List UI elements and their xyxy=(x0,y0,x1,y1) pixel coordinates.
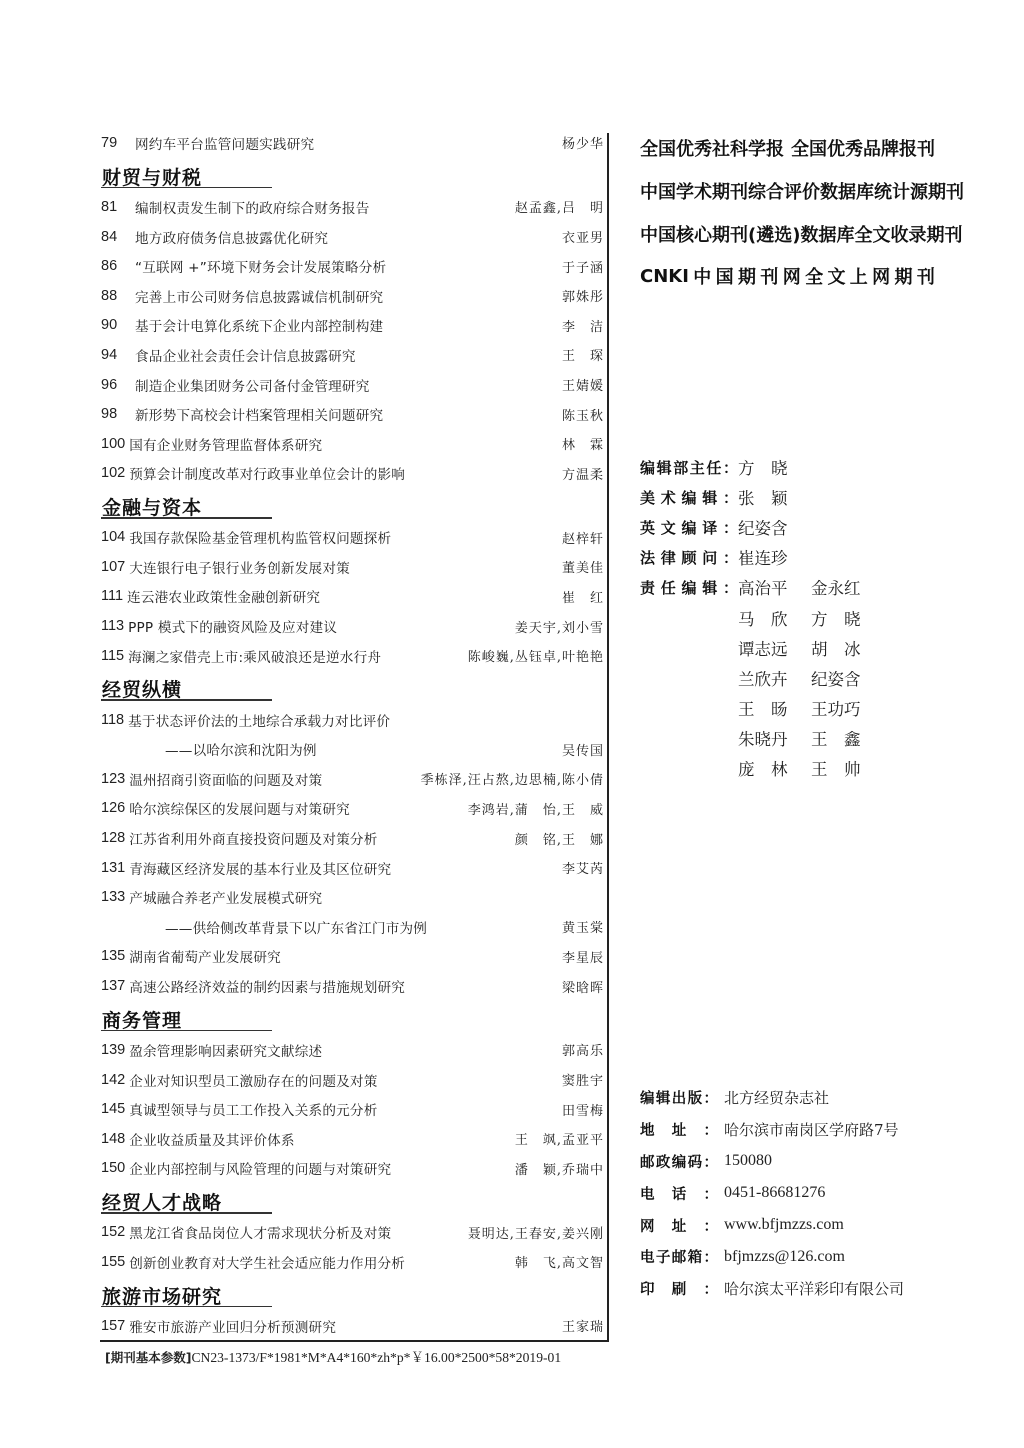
article-author: 李星辰 xyxy=(562,947,604,966)
staff-name: 王 帅 xyxy=(811,756,884,780)
article-title: 预算会计制度改革对行政事业单位会计的影响 xyxy=(129,463,405,483)
staff-row: 王 旸王功巧 xyxy=(640,693,884,723)
info-value: www.bfjmzzs.com xyxy=(724,1216,844,1234)
section-title: 金融与资本 xyxy=(102,493,202,520)
label-char: 部 xyxy=(673,457,688,478)
section-title: 商务管理 xyxy=(102,1006,182,1033)
honor-char: CNKI xyxy=(640,266,689,287)
label-char: 编 xyxy=(681,577,696,598)
honor-brand-journal: 全国优秀品牌报刊 xyxy=(791,135,935,161)
article-title: 基于状态评价法的土地综合承载力对比评价 xyxy=(128,710,390,730)
article-title: 真诚型领导与员工工作投入关系的元分析 xyxy=(129,1099,377,1119)
article-title: “互联网 +”环境下财务会计发展策略分析 xyxy=(135,256,386,276)
label-char: 编 xyxy=(640,457,655,478)
label-char: 子 xyxy=(656,1246,671,1267)
label-colon: ： xyxy=(723,547,738,568)
info-value: 哈尔滨市南岗区学府路7号 xyxy=(724,1119,899,1140)
honor-char: 上 xyxy=(850,263,868,289)
page-number: 152 xyxy=(101,1224,125,1240)
page-number: 102 xyxy=(101,465,125,481)
staff-name: 谭志远 xyxy=(738,636,811,660)
info-label: 邮政编码： xyxy=(640,1151,718,1172)
section-underline xyxy=(101,1306,272,1307)
toc-entry: 79网约车平台监管问题实践研究杨少华 xyxy=(101,128,606,158)
toc-entry: 104我国存款保险基金管理机构监管权问题探析赵梓轩 xyxy=(101,523,606,553)
publisher-info: 编辑出版：北方经贸杂志社地址：哈尔滨市南岗区学府路7号邮政编码：150080电话… xyxy=(640,1082,904,1305)
staff-name: 方 晓 xyxy=(738,455,811,479)
article-title: 编制权责发生制下的政府综合财务报告 xyxy=(135,197,370,217)
staff-name: 王功巧 xyxy=(811,696,884,720)
page-number: 131 xyxy=(101,860,125,876)
label-colon: ： xyxy=(723,487,738,508)
page-number: 128 xyxy=(101,830,125,846)
label-char: 刷 xyxy=(672,1278,687,1299)
label-char: 地 xyxy=(640,1119,655,1140)
article-author: 李鸿岩,蒲 怡,王 威 xyxy=(468,799,604,818)
honor-char: 刊 xyxy=(760,263,778,289)
toc-entry-subtitle: ——以哈尔滨和沈阳为例吴传国 xyxy=(101,734,606,764)
article-author: 姜天宇,刘小雪 xyxy=(515,617,604,636)
article-subtitle: ——供给侧改革背景下以广东省江门市为例 xyxy=(101,917,427,937)
toc-entry: 100国有企业财务管理监督体系研究林 霖 xyxy=(101,429,606,459)
label-char: 辑 xyxy=(657,457,672,478)
article-author: 梁晗晖 xyxy=(562,977,604,996)
toc-entry: 128江苏省利用外商直接投资问题及对策分析颜 铭,王 娜 xyxy=(101,823,606,853)
staff-role-label: 法律顾问： xyxy=(640,547,738,568)
toc-entry: 94食品企业社会责任会计信息披露研究王 琛 xyxy=(101,340,606,370)
info-row: 编辑出版：北方经贸杂志社 xyxy=(640,1082,904,1114)
section-underline xyxy=(101,1030,272,1031)
honor-char: 期 xyxy=(738,263,756,289)
article-author: 杨少华 xyxy=(562,133,604,152)
toc-entry: 102预算会计制度改革对行政事业单位会计的影响方温柔 xyxy=(101,459,606,489)
toc-entry: 86“互联网 +”环境下财务会计发展策略分析于子涵 xyxy=(101,251,606,281)
label-colon: ： xyxy=(704,1183,719,1204)
page-number: 133 xyxy=(101,889,125,905)
staff-role-label: 责任编辑： xyxy=(640,577,738,598)
footer-rule xyxy=(100,1340,609,1342)
article-author: 窦胜宇 xyxy=(562,1070,604,1089)
page-number: 86 xyxy=(101,258,135,274)
info-value: bfjmzzs@126.com xyxy=(724,1248,845,1266)
staff-row: 庞 林王 帅 xyxy=(640,753,884,783)
staff-name: 胡 冰 xyxy=(811,636,884,660)
article-title: 网约车平台监管问题实践研究 xyxy=(135,133,314,153)
staff-name: 庞 林 xyxy=(738,756,811,780)
article-title: 食品企业社会责任会计信息披露研究 xyxy=(135,345,356,365)
article-title: 我国存款保险基金管理机构监管权问题探析 xyxy=(129,527,391,547)
staff-names: 朱晓丹王 鑫 xyxy=(738,726,884,750)
section-title: 经贸纵横 xyxy=(102,675,182,702)
info-row: 电话：0451-86681276 xyxy=(640,1177,904,1209)
page-number: 96 xyxy=(101,377,135,393)
label-char: 法 xyxy=(640,547,655,568)
page-number: 113 xyxy=(101,618,124,634)
article-author: 董美佳 xyxy=(562,557,604,576)
label-char: 邮 xyxy=(640,1151,655,1172)
page-number: 98 xyxy=(101,406,135,422)
section-header: 经贸人才战略 xyxy=(101,1183,606,1217)
info-value: 北方经贸杂志社 xyxy=(724,1087,829,1108)
label-char: 顾 xyxy=(681,547,696,568)
staff-names: 马 欣方 晓 xyxy=(738,606,884,630)
page-number: 155 xyxy=(101,1254,125,1270)
article-title: 青海藏区经济发展的基本行业及其区位研究 xyxy=(129,858,391,878)
article-title: 完善上市公司财务信息披露诚信机制研究 xyxy=(135,286,383,306)
toc-entry: 123温州招商引资面临的问题及对策季栋泽,汪占熬,边思楠,陈小倩 xyxy=(101,764,606,794)
page-number: 88 xyxy=(101,288,135,304)
staff-name: 金永红 xyxy=(811,575,884,599)
section-header: 旅游市场研究 xyxy=(101,1277,606,1311)
label-colon: ： xyxy=(704,1151,719,1172)
section-title: 经贸人才战略 xyxy=(102,1188,222,1215)
toc-entry: 118基于状态评价法的土地综合承载力对比评价 xyxy=(101,705,606,735)
article-author: 季栋泽,汪占熬,边思楠,陈小倩 xyxy=(421,769,604,788)
staff-names: 张 颖 xyxy=(738,485,811,509)
page-number: 118 xyxy=(101,712,124,728)
label-char: 任 xyxy=(706,457,721,478)
section-title: 财贸与财税 xyxy=(102,163,202,190)
page-number: 150 xyxy=(101,1160,125,1176)
honor-char: 期 xyxy=(895,263,913,289)
label-char: 邮 xyxy=(672,1246,687,1267)
label-char: 辑 xyxy=(702,577,717,598)
article-title: 企业收益质量及其评价体系 xyxy=(129,1129,295,1149)
staff-names: 王 旸王功巧 xyxy=(738,696,884,720)
staff-names: 兰欣卉纪姿含 xyxy=(738,666,884,690)
label-char: 印 xyxy=(640,1278,655,1299)
toc-entry: 126哈尔滨综保区的发展问题与对策研究李鸿岩,蒲 怡,王 威 xyxy=(101,794,606,824)
info-row: 电子邮箱：bfjmzzs@126.com xyxy=(640,1241,904,1273)
page-number: 157 xyxy=(101,1318,125,1334)
toc-entry: 150企业内部控制与风险管理的问题与对策研究潘 颖,乔瑞中 xyxy=(101,1154,606,1184)
staff-name: 高治平 xyxy=(738,575,811,599)
label-char: 码 xyxy=(688,1151,703,1172)
label-char: 电 xyxy=(640,1183,655,1204)
label-char: 术 xyxy=(661,487,676,508)
page-number: 84 xyxy=(101,229,135,245)
label-colon: ： xyxy=(723,517,738,538)
staff-row: 美术编辑：张 颖 xyxy=(640,482,884,512)
honor-char: 网 xyxy=(872,263,890,289)
article-title: 温州招商引资面临的问题及对策 xyxy=(129,769,322,789)
params-value: CN23-1373/F*1981*M*A4*160*zh*p*￥16.00*25… xyxy=(191,1350,561,1365)
toc-entry: 137高速公路经济效益的制约因素与措施规划研究梁晗晖 xyxy=(101,971,606,1001)
table-of-contents: 79网约车平台监管问题实践研究杨少华财贸与财税81编制权责发生制下的政府综合财务… xyxy=(101,128,606,1341)
label-char: 问 xyxy=(702,547,717,568)
article-title: 湖南省葡萄产业发展研究 xyxy=(129,946,281,966)
article-author: 王家瑞 xyxy=(562,1316,604,1335)
column-divider xyxy=(607,133,609,1342)
label-colon: ： xyxy=(704,1119,719,1140)
toc-entry: 88完善上市公司财务信息披露诚信机制研究郭姝彤 xyxy=(101,281,606,311)
article-subtitle: ——以哈尔滨和沈阳为例 xyxy=(101,739,317,759)
section-title: 旅游市场研究 xyxy=(102,1282,222,1309)
section-header: 财贸与财税 xyxy=(101,158,606,192)
label-char: 英 xyxy=(640,517,655,538)
staff-row: 朱晓丹王 鑫 xyxy=(640,723,884,753)
toc-entry: 148企业收益质量及其评价体系王 飒,孟亚平 xyxy=(101,1124,606,1154)
honor-char: 网 xyxy=(783,263,801,289)
label-char: 出 xyxy=(672,1087,687,1108)
info-value: 0451-86681276 xyxy=(724,1184,825,1202)
toc-entry: 96制造企业集团财务公司备付金管理研究王婧媛 xyxy=(101,370,606,400)
honor-line-3: 中国核心期刊(遴选)数据库全文收录期刊 xyxy=(640,212,935,255)
toc-entry: 142企业对知识型员工激励存在的问题及对策窦胜宇 xyxy=(101,1065,606,1095)
article-author: 赵孟鑫,吕 明 xyxy=(515,197,604,216)
article-title: 创新创业教育对大学生社会适应能力作用分析 xyxy=(129,1252,405,1272)
article-author: 李 洁 xyxy=(562,316,604,335)
label-char: 编 xyxy=(640,1087,655,1108)
article-title: 雅安市旅游产业回归分析预测研究 xyxy=(129,1316,336,1336)
staff-row: 谭志远胡 冰 xyxy=(640,633,884,663)
info-label: 印刷： xyxy=(640,1278,718,1299)
staff-name: 纪姿含 xyxy=(811,666,884,690)
page-number: 139 xyxy=(101,1042,125,1058)
label-colon: ： xyxy=(704,1215,719,1236)
article-author: 韩 飞,高文智 xyxy=(515,1252,604,1271)
section-underline xyxy=(101,1212,272,1213)
toc-entry: 152黑龙江省食品岗位人才需求现状分析及对策聂明达,王春安,姜兴刚 xyxy=(101,1218,606,1248)
page-number: 94 xyxy=(101,347,135,363)
page-number: 100 xyxy=(101,436,125,452)
article-title: 高速公路经济效益的制约因素与措施规划研究 xyxy=(129,976,405,996)
honor-char: 全 xyxy=(805,263,823,289)
page-number: 137 xyxy=(101,978,125,994)
article-title: 新形势下高校会计档案管理相关问题研究 xyxy=(135,404,383,424)
toc-entry: 139盈余管理影响因素研究文献综述郭高乐 xyxy=(101,1035,606,1065)
page-number: 81 xyxy=(101,199,135,215)
article-author: 王 琛 xyxy=(562,345,604,364)
info-row: 网址：www.bfjmzzs.com xyxy=(640,1209,904,1241)
staff-name: 朱晓丹 xyxy=(738,726,811,750)
staff-row: 马 欣方 晓 xyxy=(640,602,884,632)
page-number: 123 xyxy=(101,771,125,787)
staff-names: 高治平金永红 xyxy=(738,575,884,599)
article-author: 衣亚男 xyxy=(562,227,604,246)
label-char: 文 xyxy=(661,517,676,538)
staff-role-label: 英文编译： xyxy=(640,517,738,538)
info-label: 电话： xyxy=(640,1183,718,1204)
article-author: 颜 铭,王 娜 xyxy=(515,829,604,848)
staff-row: 英文编译：纪姿含 xyxy=(640,512,884,542)
article-author: 王 飒,孟亚平 xyxy=(515,1129,604,1148)
label-char: 主 xyxy=(690,457,705,478)
toc-entry: 113PPP 模式下的融资风险及应对建议姜天宇,刘小雪 xyxy=(101,611,606,641)
toc-entry: 98新形势下高校会计档案管理相关问题研究陈玉秋 xyxy=(101,399,606,429)
article-author: 吴传国 xyxy=(562,740,604,759)
staff-row: 责任编辑：高治平金永红 xyxy=(640,572,884,602)
page-number: 79 xyxy=(101,135,135,151)
journal-contents-page: 79网约车平台监管问题实践研究杨少华财贸与财税81编制权责发生制下的政府综合财务… xyxy=(0,0,1024,1448)
staff-row: 编辑部主任：方 晓 xyxy=(640,452,884,482)
label-char: 编 xyxy=(681,487,696,508)
info-value: 150080 xyxy=(724,1152,772,1170)
toc-entry: 84地方政府债务信息披露优化研究衣亚男 xyxy=(101,222,606,252)
toc-entry: 157雅安市旅游产业回归分析预测研究王家瑞 xyxy=(101,1311,606,1341)
page-number: 148 xyxy=(101,1131,125,1147)
article-author: 潘 颖,乔瑞中 xyxy=(515,1159,604,1178)
label-char: 政 xyxy=(656,1151,671,1172)
section-header: 商务管理 xyxy=(101,1001,606,1035)
staff-name: 纪姿含 xyxy=(738,515,811,539)
toc-entry: 115海澜之家借壳上市:乘风破浪还是逆水行舟陈峻巍,丛钰卓,叶艳艳 xyxy=(101,641,606,671)
article-author: 王婧媛 xyxy=(562,375,604,394)
toc-entry: 133产城融合养老产业发展模式研究 xyxy=(101,882,606,912)
article-title: PPP 模式下的融资风险及应对建议 xyxy=(128,616,337,636)
info-label: 电子邮箱： xyxy=(640,1246,718,1267)
label-colon: ： xyxy=(723,577,738,598)
article-author: 郭姝彤 xyxy=(562,286,604,305)
honor-line-1: 全国优秀社科学报 全国优秀品牌报刊 xyxy=(640,127,935,170)
toc-entry: 90基于会计电算化系统下企业内部控制构建李 洁 xyxy=(101,311,606,341)
staff-name: 兰欣卉 xyxy=(738,666,811,690)
label-char: 箱 xyxy=(688,1246,703,1267)
article-title: 盈余管理影响因素研究文献综述 xyxy=(129,1040,322,1060)
toc-entry: 155创新创业教育对大学生社会适应能力作用分析韩 飞,高文智 xyxy=(101,1247,606,1277)
page-number: 107 xyxy=(101,559,125,575)
article-title: 制造企业集团财务公司备付金管理研究 xyxy=(135,375,370,395)
honor-line-2: 中国学术期刊综合评价数据库统计源期刊 xyxy=(640,170,935,213)
info-value: 哈尔滨太平洋彩印有限公司 xyxy=(724,1278,904,1299)
staff-name: 王 鑫 xyxy=(811,726,884,750)
article-author: 田雪梅 xyxy=(562,1100,604,1119)
toc-entry-subtitle: ——供给侧改革背景下以广东省江门市为例黄玉棠 xyxy=(101,912,606,942)
label-char: 辑 xyxy=(656,1087,671,1108)
toc-entry: 81编制权责发生制下的政府综合财务报告赵孟鑫,吕 明 xyxy=(101,192,606,222)
page-number: 126 xyxy=(101,800,125,816)
section-header: 金融与资本 xyxy=(101,488,606,522)
label-char: 址 xyxy=(672,1215,687,1236)
label-char: 网 xyxy=(640,1215,655,1236)
label-colon: ： xyxy=(704,1087,719,1108)
staff-role-label: 美术编辑： xyxy=(640,487,738,508)
article-title: 企业内部控制与风险管理的问题与对策研究 xyxy=(129,1158,391,1178)
honor-social-science: 全国优秀社科学报 xyxy=(640,135,784,161)
page-number: 104 xyxy=(101,529,125,545)
article-title: 海澜之家借壳上市:乘风破浪还是逆水行舟 xyxy=(128,646,381,666)
staff-name: 王 旸 xyxy=(738,696,811,720)
article-title: 企业对知识型员工激励存在的问题及对策 xyxy=(129,1070,377,1090)
label-char: 任 xyxy=(661,577,676,598)
page-number: 115 xyxy=(101,648,124,664)
staff-names: 方 晓 xyxy=(738,455,811,479)
label-char: 律 xyxy=(661,547,676,568)
staff-names: 谭志远胡 冰 xyxy=(738,636,884,660)
page-number: 135 xyxy=(101,948,125,964)
article-title: 连云港农业政策性金融创新研究 xyxy=(127,586,320,606)
article-author: 崔 红 xyxy=(562,587,604,606)
label-char: 责 xyxy=(640,577,655,598)
article-author: 赵梓轩 xyxy=(562,528,604,547)
page-number: 90 xyxy=(101,317,135,333)
section-underline xyxy=(101,699,272,700)
staff-role-label: 编辑部主任： xyxy=(640,457,738,478)
staff-names: 庞 林王 帅 xyxy=(738,756,884,780)
page-number: 142 xyxy=(101,1072,125,1088)
article-author: 李艾芮 xyxy=(562,858,604,877)
staff-row: 兰欣卉纪姿含 xyxy=(640,663,884,693)
label-char: 编 xyxy=(681,517,696,538)
honor-char: 刊 xyxy=(917,263,935,289)
staff-names: 崔连珍 xyxy=(738,545,811,569)
toc-entry: 145 真诚型领导与员工工作投入关系的元分析田雪梅 xyxy=(101,1094,606,1124)
staff-name: 方 晓 xyxy=(811,606,884,630)
staff-name: 张 颖 xyxy=(738,485,811,509)
staff-row: 法律顾问：崔连珍 xyxy=(640,542,884,572)
label-char: 址 xyxy=(672,1119,687,1140)
article-author: 于子涵 xyxy=(562,257,604,276)
info-row: 邮政编码：150080 xyxy=(640,1146,904,1178)
info-label: 网址： xyxy=(640,1215,718,1236)
info-row: 地址：哈尔滨市南岗区学府路7号 xyxy=(640,1114,904,1146)
label-colon: ： xyxy=(704,1246,719,1267)
toc-entry: 131青海藏区经济发展的基本行业及其区位研究李艾芮 xyxy=(101,853,606,883)
label-char: 编 xyxy=(672,1151,687,1172)
label-char: 辑 xyxy=(702,487,717,508)
staff-names: 纪姿含 xyxy=(738,515,811,539)
article-author: 陈峻巍,丛钰卓,叶艳艳 xyxy=(468,646,604,665)
article-title: 国有企业财务管理监督体系研究 xyxy=(129,434,322,454)
article-title: 黑龙江省食品岗位人才需求现状分析及对策 xyxy=(129,1222,391,1242)
journal-honors: 全国优秀社科学报 全国优秀品牌报刊 中国学术期刊综合评价数据库统计源期刊 中国核… xyxy=(640,127,935,298)
info-label: 地址： xyxy=(640,1119,718,1140)
journal-parameters: [期刊基本参数]CN23-1373/F*1981*M*A4*160*zh*p*￥… xyxy=(105,1346,561,1366)
article-title: 哈尔滨综保区的发展问题与对策研究 xyxy=(129,798,350,818)
article-author: 聂明达,王春安,姜兴刚 xyxy=(468,1223,604,1242)
params-label: [期刊基本参数] xyxy=(105,1350,191,1365)
staff-name: 马 欣 xyxy=(738,606,811,630)
section-underline xyxy=(101,517,272,518)
section-underline xyxy=(101,187,272,188)
section-header: 经贸纵横 xyxy=(101,670,606,704)
toc-entry: 107大连银行电子银行业务创新发展对策董美佳 xyxy=(101,552,606,582)
toc-entry: 111连云港农业政策性金融创新研究崔 红 xyxy=(101,582,606,612)
article-author: 林 霖 xyxy=(562,434,604,453)
honor-line-4: CNKI中国期刊网全文上网期刊 xyxy=(640,255,935,298)
page-number: 111 xyxy=(101,588,123,604)
article-author: 郭高乐 xyxy=(562,1040,604,1059)
label-char: 版 xyxy=(688,1087,703,1108)
label-char: 美 xyxy=(640,487,655,508)
label-char: 话 xyxy=(672,1183,687,1204)
article-title: 江苏省利用外商直接投资问题及对策分析 xyxy=(129,828,377,848)
article-author: 陈玉秋 xyxy=(562,405,604,424)
article-title: 产城融合养老产业发展模式研究 xyxy=(129,887,322,907)
article-author: 方温柔 xyxy=(562,464,604,483)
honor-char: 文 xyxy=(827,263,845,289)
staff-name: 崔连珍 xyxy=(738,545,811,569)
label-colon: ： xyxy=(704,1278,719,1299)
info-row: 印刷：哈尔滨太平洋彩印有限公司 xyxy=(640,1273,904,1305)
article-title: 大连银行电子银行业务创新发展对策 xyxy=(129,557,350,577)
editorial-staff: 编辑部主任：方 晓美术编辑：张 颖英文编译：纪姿含法律顾问：崔连珍责任编辑：高治… xyxy=(640,452,884,783)
article-author: 黄玉棠 xyxy=(562,917,604,936)
article-title: 地方政府债务信息披露优化研究 xyxy=(135,227,328,247)
label-char: 电 xyxy=(640,1246,655,1267)
info-label: 编辑出版： xyxy=(640,1087,718,1108)
article-title: 基于会计电算化系统下企业内部控制构建 xyxy=(135,315,383,335)
page-number: 145 xyxy=(101,1101,125,1117)
toc-entry: 135湖南省葡萄产业发展研究李星辰 xyxy=(101,942,606,972)
honor-char: 中 xyxy=(693,263,711,289)
label-char: 译 xyxy=(702,517,717,538)
honor-char: 国 xyxy=(716,263,734,289)
label-colon: ： xyxy=(723,457,738,478)
